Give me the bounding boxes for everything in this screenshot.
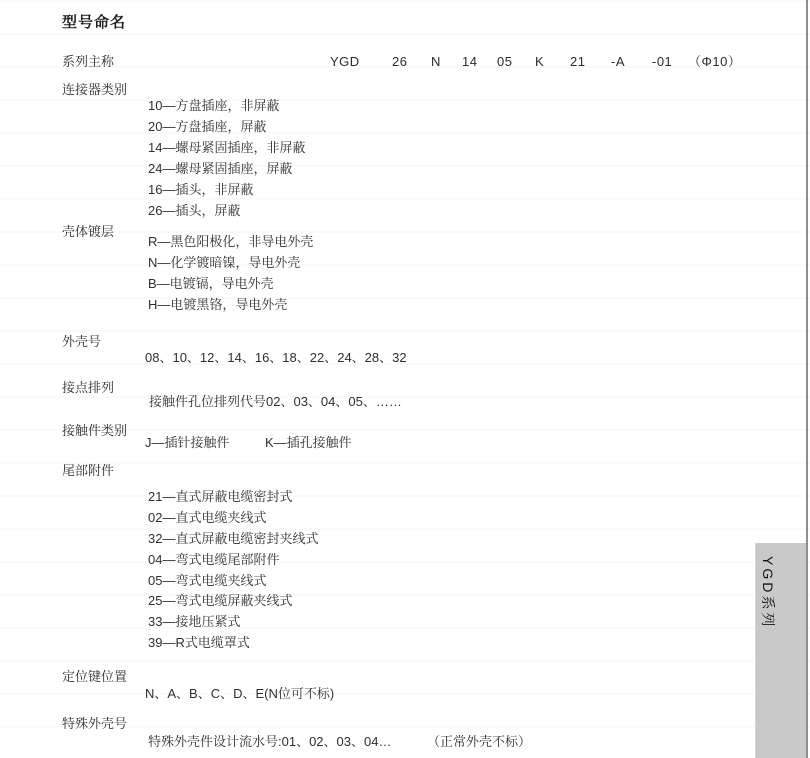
list-item: 21—直式屏蔽电缆密封式 [148,488,292,505]
list-item: 08、10、12、14、16、18、22、24、28、32 [145,349,407,366]
list-item: 10—方盘插座，非屏蔽 [148,97,279,114]
list-item-note: （正常外壳不标） [427,733,531,750]
section-label-contact-type: 接触件类别 [62,422,127,439]
list-item: 16—插头，非屏蔽 [148,181,253,198]
list-item: J—插针接触件 [145,434,230,451]
list-item: 32—直式屏蔽电缆密封夹线式 [148,530,318,547]
list-item: 04—弯式电缆尾部附件 [148,551,279,568]
model-code-part-shell-size: 14 [462,53,477,70]
model-code-part-rear-accessory: 21 [570,53,585,70]
list-item: 39—R式电缆罩式 [148,634,250,651]
section-label-keying-position: 定位键位置 [62,668,127,685]
model-code-part-special-shell: -01 [652,53,672,70]
list-item: N、A、B、C、D、E(N位可不标) [145,685,334,702]
model-code-part-plating: N [431,53,441,70]
section-label-special-shell: 特殊外壳号 [62,715,127,732]
list-item: 33—接地压紧式 [148,613,240,630]
section-label-contact-arrangement: 接点排列 [62,379,114,396]
list-item: 05—弯式电缆夹线式 [148,572,266,589]
model-code-part-category: 26 [392,53,407,70]
section-label-series-name: 系列主称 [62,53,114,70]
model-code-part-diameter: （Φ10） [688,53,741,70]
section-label-shell-plating: 壳体镀层 [62,223,114,240]
list-item: B—电镀镉，导电外壳 [148,275,274,292]
page-right-border [806,0,808,758]
list-item: R—黑色阳极化，非导电外壳 [148,233,313,250]
list-item: 特殊外壳件设计流水号:01、02、03、04… [148,733,391,750]
section-label-rear-accessory: 尾部附件 [62,462,114,479]
tab-ygd-series: YGD系列 [755,543,806,758]
model-code-part-series: YGD [330,53,360,70]
tab-ygd-series-label: YGD系列 [758,556,778,629]
list-item: 24—螺母紧固插座，屏蔽 [148,160,292,177]
section-label-connector-category: 连接器类别 [62,81,127,98]
document-page: 型号命名 系列主称 YGD 26 N 14 05 K 21 -A -01 （Φ1… [0,0,810,758]
section-label-shell-size: 外壳号 [62,333,101,350]
list-item: 26—插头，屏蔽 [148,202,240,219]
model-code-part-key-position: -A [611,53,625,70]
list-item: N—化学镀暗镍，导电外壳 [148,254,300,271]
page-title: 型号命名 [62,11,126,32]
list-item: 25—弯式电缆屏蔽夹线式 [148,592,292,609]
model-code-part-arrangement: 05 [497,53,512,70]
model-code-part-contact-type: K [535,53,544,70]
list-item: 接触件孔位排列代号02、03、04、05、…… [149,393,402,410]
list-item: K—插孔接触件 [265,434,352,451]
list-item: H—电镀黑铬，导电外壳 [148,296,287,313]
list-item: 02—直式电缆夹线式 [148,509,266,526]
list-item: 14—螺母紧固插座，非屏蔽 [148,139,305,156]
list-item: 20—方盘插座，屏蔽 [148,118,266,135]
